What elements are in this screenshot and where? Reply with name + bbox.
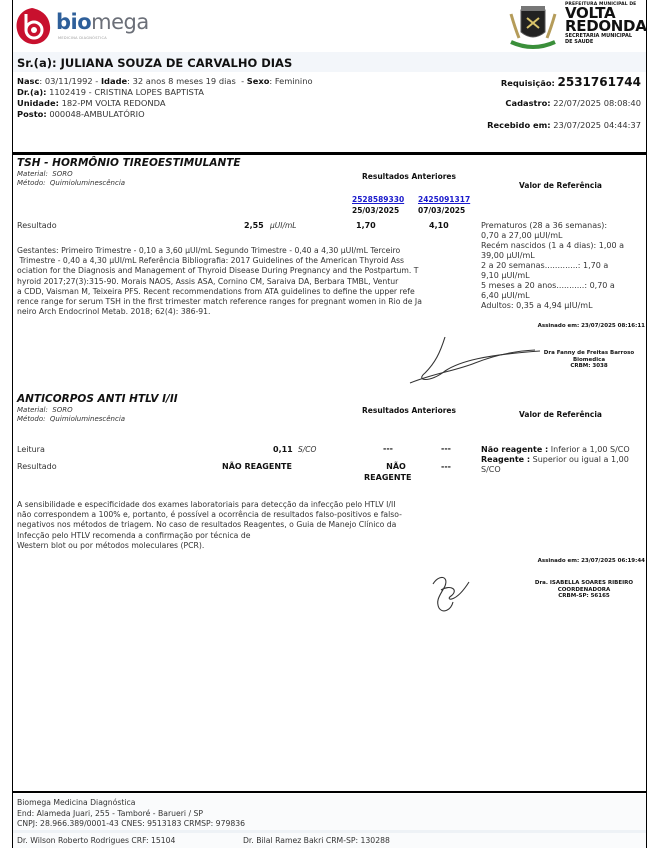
city-coat-of-arms-icon — [505, 2, 561, 50]
patient-posto: Posto: 000048-AMBULATÓRIO — [17, 109, 145, 120]
patient-unit: Unidade: 182-PM VOLTA REDONDA — [17, 98, 166, 109]
previous-results-header: Resultados Anteriores — [362, 172, 456, 181]
previous-value: NÃO — [381, 462, 411, 471]
exam-note-htlv: A sensibilidade e especificidade dos exa… — [17, 500, 402, 551]
exam-method: Método: Quimioluminescência — [17, 179, 125, 188]
result-value: 2,55 — [244, 221, 264, 230]
patient-birth-line: Nasc: 03/11/1992 - Idade: 32 anos 8 mese… — [17, 76, 313, 87]
result-value: 0,11 — [273, 445, 293, 454]
brand-tagline: MEDICINA DIAGNÓSTICA — [58, 36, 107, 40]
result-unit: µUI/mL — [270, 221, 296, 230]
previous-results-header: Resultados Anteriores — [362, 406, 456, 415]
biomega-logo: biomega MEDICINA DIAGNÓSTICA — [12, 6, 157, 46]
exam-title-tsh: TSH - HORMÔNIO TIREOESTIMULANTE — [17, 157, 241, 169]
previous-value: 4,10 — [429, 221, 449, 230]
result-value: NÃO REAGENTE — [222, 462, 292, 471]
previous-value: --- — [441, 444, 451, 453]
patient-name: Sr.(a): JULIANA SOUZA DE CARVALHO DIAS — [17, 56, 292, 70]
reference-values-htlv: Não reagente : Inferior a 1,00 S/CO Reag… — [481, 445, 646, 475]
exam-method: Método: Quimioluminescência — [17, 415, 125, 424]
brand-name: biomega — [56, 10, 149, 34]
previous-result-link[interactable]: 2528589330 — [352, 195, 404, 204]
previous-value: 1,70 — [356, 221, 376, 230]
request-number: Requisição: 2531761744 — [501, 75, 641, 89]
reference-header: Valor de Referência — [519, 181, 602, 190]
volta-redonda-logo: PREFEITURA MUNICIPAL DE VOLTA REDONDA SE… — [505, 2, 645, 50]
exam-note-tsh: Gestantes: Primeiro Trimestre - 0,10 a 3… — [17, 246, 422, 317]
request-received: Recebido em: 23/07/2025 04:44:37 — [487, 120, 641, 130]
previous-result-link[interactable]: 2425091317 — [418, 195, 470, 204]
previous-value: --- — [441, 462, 451, 471]
reference-header: Valor de Referência — [519, 410, 602, 419]
footer-separator — [13, 830, 646, 833]
request-cadastro: Cadastro: 22/07/2025 08:08:40 — [505, 98, 641, 108]
signature-icon — [425, 570, 475, 620]
previous-result-date: 07/03/2025 — [418, 206, 465, 215]
exam-title-htlv: ANTICORPOS ANTI HTLV I/II — [17, 393, 178, 405]
row-label: Resultado — [17, 462, 57, 471]
previous-value: --- — [383, 444, 393, 453]
row-label: Leitura — [17, 445, 45, 454]
exam-material: Material: SORO — [17, 406, 73, 415]
exam-material: Material: SORO — [17, 170, 73, 179]
signed-timestamp: Assinado em: 23/07/2025 08:16:11 — [538, 323, 645, 329]
signed-timestamp: Assinado em: 23/07/2025 06:19:44 — [538, 558, 645, 564]
result-unit: S/CO — [298, 445, 316, 454]
row-label: Resultado — [17, 221, 57, 230]
patient-doctor: Dr.(a): 1102419 - CRISTINA LOPES BAPTIST… — [17, 87, 204, 98]
footer-divider — [12, 791, 647, 793]
signer-info: Dra Fanny de Freitas Barroso Biomedica C… — [533, 350, 645, 370]
signature-icon — [405, 333, 545, 393]
previous-value: REAGENTE — [364, 473, 411, 482]
city-name: PREFEITURA MUNICIPAL DE VOLTA REDONDA SE… — [565, 2, 647, 45]
footer-doctor: Dr. Bilal Ramez Bakri CRM-SP: 130288 — [243, 836, 390, 845]
header-divider — [12, 152, 647, 155]
footer-doctor: Dr. Wilson Roberto Rodrigues CRF: 15104 — [17, 836, 175, 845]
footer-company: Biomega Medicina Diagnóstica End: Alamed… — [17, 798, 245, 830]
previous-result-date: 25/03/2025 — [352, 206, 399, 215]
reference-values-tsh: Prematuros (28 a 36 semanas): 0,70 a 27,… — [481, 221, 646, 311]
signer-info: Dra. ISABELLA SOARES RIBEIRO COORDENADOR… — [523, 580, 645, 600]
